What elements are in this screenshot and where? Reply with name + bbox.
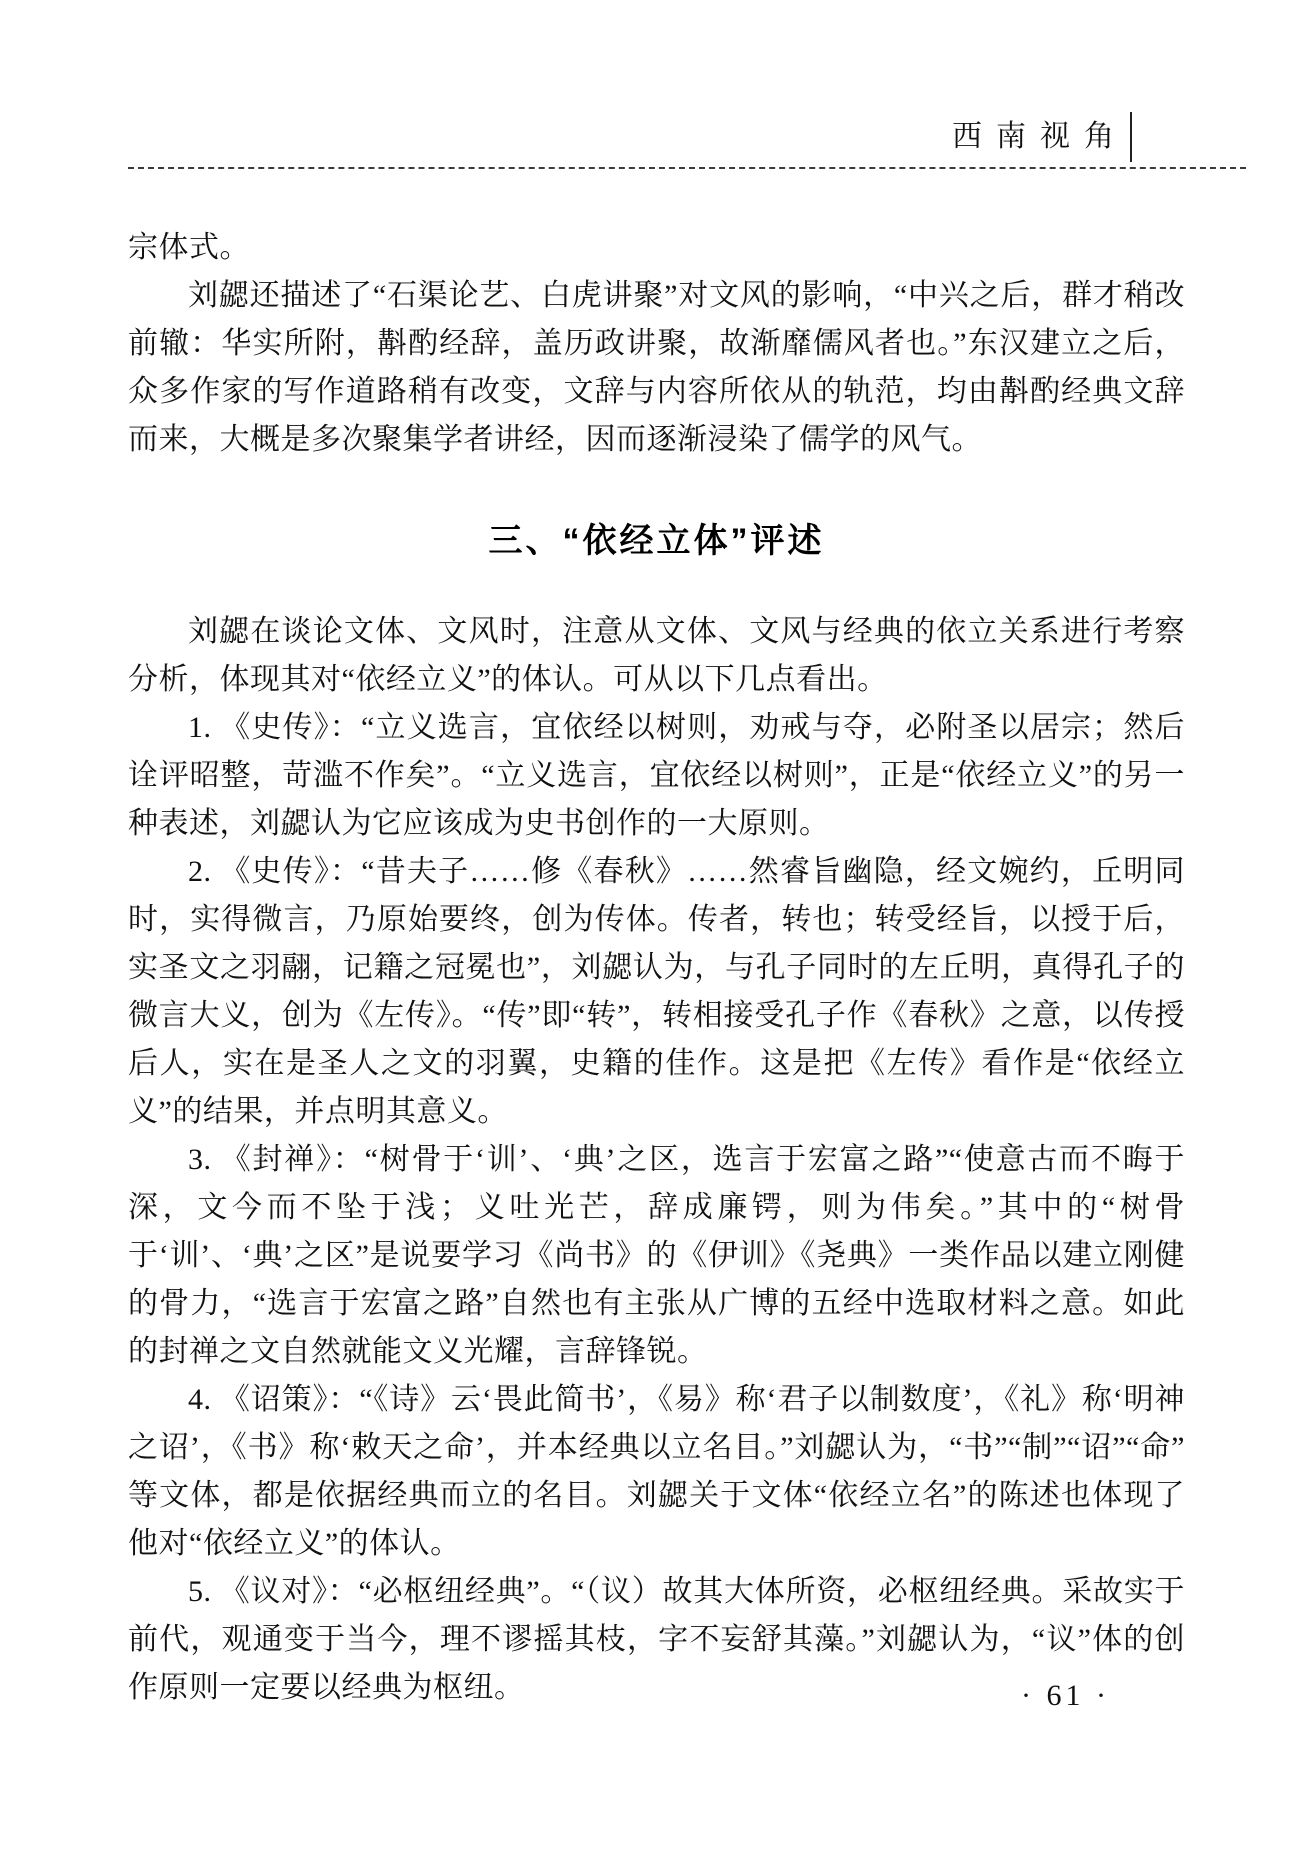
- paragraph-continuation: 宗体式。: [128, 224, 1185, 272]
- list-item-paragraph-2: 2. 《史传》：“昔夫子……修《春秋》……然睿旨幽隐，经文婉约，丘明同时，实得微…: [128, 848, 1185, 1136]
- running-head: 西南视角: [128, 112, 1132, 162]
- section-heading: 三、“依经立体”评述: [128, 516, 1185, 566]
- list-item-paragraph-1: 1. 《史传》：“立义选言，宜依经以树则，劝戒与夺，必附圣以居宗；然后诠评昭整，…: [128, 704, 1185, 848]
- paragraph: 刘勰还描述了“石渠论艺、白虎讲聚”对文风的影响，“中兴之后，群才稍改前辙：华实所…: [128, 272, 1185, 464]
- page-number: · 61 ·: [1021, 1676, 1110, 1716]
- page-body: 宗体式。 刘勰还描述了“石渠论艺、白虎讲聚”对文风的影响，“中兴之后，群才稍改前…: [128, 224, 1185, 1712]
- running-title: 西南视角: [952, 112, 1132, 162]
- header-dashed-rule: [128, 167, 1246, 169]
- book-page: 西南视角 宗体式。 刘勰还描述了“石渠论艺、白虎讲聚”对文风的影响，“中兴之后，…: [0, 0, 1307, 1859]
- list-item-paragraph-4: 4. 《诏策》：“《诗》云‘畏此简书’，《易》称‘君子以制数度’，《礼》称‘明神…: [128, 1376, 1185, 1568]
- list-item-paragraph-3: 3. 《封禅》：“树骨于‘训’、‘典’之区，选言于宏富之路”“使意古而不晦于深，…: [128, 1136, 1185, 1376]
- paragraph: 刘勰在谈论文体、文风时，注意从文体、文风与经典的依立关系进行考察分析，体现其对“…: [128, 608, 1185, 704]
